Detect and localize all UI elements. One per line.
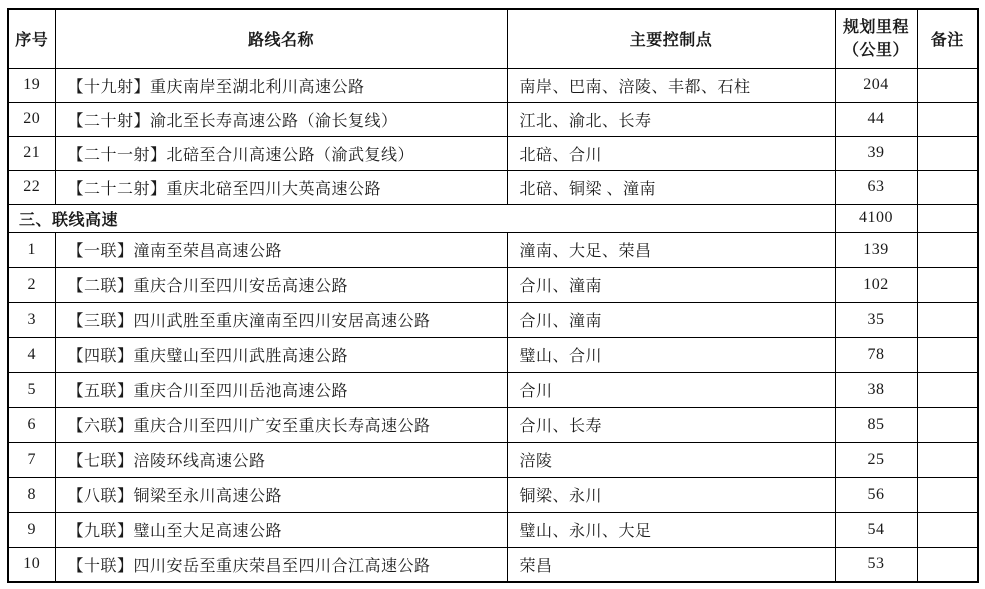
table-row: 20【二十射】渝北至长寿高速公路（渝长复线）江北、渝北、长寿44 [8, 102, 978, 136]
cell-remark [917, 407, 978, 442]
cell-route-name: 【四联】重庆璧山至四川武胜高速公路 [55, 337, 507, 372]
cell-mileage: 25 [835, 442, 917, 477]
cell-route-name: 【二十射】渝北至长寿高速公路（渝长复线） [55, 102, 507, 136]
cell-route-name: 【二联】重庆合川至四川安岳高速公路 [55, 267, 507, 302]
cell-index: 19 [8, 68, 55, 102]
cell-mileage: 35 [835, 302, 917, 337]
table-row: 22【二十二射】重庆北碚至四川大英高速公路北碚、铜梁 、潼南63 [8, 170, 978, 204]
cell-remark [917, 547, 978, 582]
cell-mileage: 39 [835, 136, 917, 170]
cell-route-name: 【七联】涪陵环线高速公路 [55, 442, 507, 477]
table-row: 10【十联】四川安岳至重庆荣昌至四川合江高速公路荣昌53 [8, 547, 978, 582]
table-row: 7【七联】涪陵环线高速公路涪陵25 [8, 442, 978, 477]
column-header-mileage-line2: （公里） [838, 39, 915, 62]
cell-remark [917, 302, 978, 337]
cell-route-name: 【十联】四川安岳至重庆荣昌至四川合江高速公路 [55, 547, 507, 582]
cell-route-name: 【九联】璧山至大足高速公路 [55, 512, 507, 547]
cell-remark [917, 68, 978, 102]
cell-remark [917, 170, 978, 204]
header-row: 序号 路线名称 主要控制点 规划里程 （公里） 备注 [8, 9, 978, 68]
cell-control-points: 北碚、合川 [507, 136, 835, 170]
cell-mileage: 204 [835, 68, 917, 102]
cell-index: 8 [8, 477, 55, 512]
cell-remark [917, 337, 978, 372]
column-header-route-name: 路线名称 [55, 9, 507, 68]
table-row: 5【五联】重庆合川至四川岳池高速公路合川38 [8, 372, 978, 407]
cell-mileage: 44 [835, 102, 917, 136]
cell-control-points: 荣昌 [507, 547, 835, 582]
section-row: 三、联线高速4100 [8, 204, 978, 232]
cell-control-points: 合川、潼南 [507, 267, 835, 302]
table-row: 9【九联】璧山至大足高速公路璧山、永川、大足54 [8, 512, 978, 547]
cell-remark [917, 232, 978, 267]
table-row: 6【六联】重庆合川至四川广安至重庆长寿高速公路合川、长寿85 [8, 407, 978, 442]
cell-index: 20 [8, 102, 55, 136]
cell-mileage: 54 [835, 512, 917, 547]
cell-mileage: 78 [835, 337, 917, 372]
table-body: 19【十九射】重庆南岸至湖北利川高速公路南岸、巴南、涪陵、丰都、石柱20420【… [8, 68, 978, 582]
cell-mileage: 63 [835, 170, 917, 204]
column-header-index: 序号 [8, 9, 55, 68]
cell-index: 21 [8, 136, 55, 170]
cell-mileage: 102 [835, 267, 917, 302]
cell-index: 2 [8, 267, 55, 302]
cell-route-name: 【八联】铜梁至永川高速公路 [55, 477, 507, 512]
document-page: 序号 路线名称 主要控制点 规划里程 （公里） 备注 19【十九射】重庆南岸至湖… [0, 0, 985, 589]
cell-control-points: 合川 [507, 372, 835, 407]
column-header-mileage: 规划里程 （公里） [835, 9, 917, 68]
cell-index: 6 [8, 407, 55, 442]
column-header-remark: 备注 [917, 9, 978, 68]
cell-control-points: 北碚、铜梁 、潼南 [507, 170, 835, 204]
cell-control-points: 璧山、合川 [507, 337, 835, 372]
section-title: 三、联线高速 [8, 204, 835, 232]
cell-index: 10 [8, 547, 55, 582]
cell-index: 9 [8, 512, 55, 547]
cell-remark [917, 204, 978, 232]
cell-index: 22 [8, 170, 55, 204]
cell-control-points: 合川、潼南 [507, 302, 835, 337]
cell-route-name: 【六联】重庆合川至四川广安至重庆长寿高速公路 [55, 407, 507, 442]
cell-remark [917, 267, 978, 302]
cell-route-name: 【一联】潼南至荣昌高速公路 [55, 232, 507, 267]
cell-route-name: 【五联】重庆合川至四川岳池高速公路 [55, 372, 507, 407]
cell-index: 3 [8, 302, 55, 337]
cell-control-points: 合川、长寿 [507, 407, 835, 442]
table-header: 序号 路线名称 主要控制点 规划里程 （公里） 备注 [8, 9, 978, 68]
cell-index: 7 [8, 442, 55, 477]
cell-mileage: 53 [835, 547, 917, 582]
cell-remark [917, 136, 978, 170]
table-row: 1【一联】潼南至荣昌高速公路潼南、大足、荣昌139 [8, 232, 978, 267]
cell-mileage: 38 [835, 372, 917, 407]
cell-index: 5 [8, 372, 55, 407]
cell-mileage: 139 [835, 232, 917, 267]
cell-remark [917, 102, 978, 136]
table-row: 3【三联】四川武胜至重庆潼南至四川安居高速公路合川、潼南35 [8, 302, 978, 337]
cell-remark [917, 372, 978, 407]
cell-control-points: 江北、渝北、长寿 [507, 102, 835, 136]
cell-remark [917, 477, 978, 512]
highway-routes-table: 序号 路线名称 主要控制点 规划里程 （公里） 备注 19【十九射】重庆南岸至湖… [7, 8, 979, 583]
cell-mileage: 4100 [835, 204, 917, 232]
cell-remark [917, 442, 978, 477]
table-row: 2【二联】重庆合川至四川安岳高速公路合川、潼南102 [8, 267, 978, 302]
cell-route-name: 【十九射】重庆南岸至湖北利川高速公路 [55, 68, 507, 102]
table-row: 8【八联】铜梁至永川高速公路铜梁、永川56 [8, 477, 978, 512]
cell-route-name: 【二十一射】北碚至合川高速公路（渝武复线） [55, 136, 507, 170]
cell-route-name: 【二十二射】重庆北碚至四川大英高速公路 [55, 170, 507, 204]
cell-control-points: 涪陵 [507, 442, 835, 477]
cell-index: 4 [8, 337, 55, 372]
column-header-control-points: 主要控制点 [507, 9, 835, 68]
cell-control-points: 潼南、大足、荣昌 [507, 232, 835, 267]
cell-remark [917, 512, 978, 547]
cell-control-points: 铜梁、永川 [507, 477, 835, 512]
cell-control-points: 璧山、永川、大足 [507, 512, 835, 547]
table-row: 21【二十一射】北碚至合川高速公路（渝武复线）北碚、合川39 [8, 136, 978, 170]
table-row: 4【四联】重庆璧山至四川武胜高速公路璧山、合川78 [8, 337, 978, 372]
column-header-mileage-line1: 规划里程 [838, 16, 915, 39]
cell-mileage: 85 [835, 407, 917, 442]
table-row: 19【十九射】重庆南岸至湖北利川高速公路南岸、巴南、涪陵、丰都、石柱204 [8, 68, 978, 102]
cell-index: 1 [8, 232, 55, 267]
cell-route-name: 【三联】四川武胜至重庆潼南至四川安居高速公路 [55, 302, 507, 337]
cell-mileage: 56 [835, 477, 917, 512]
cell-control-points: 南岸、巴南、涪陵、丰都、石柱 [507, 68, 835, 102]
